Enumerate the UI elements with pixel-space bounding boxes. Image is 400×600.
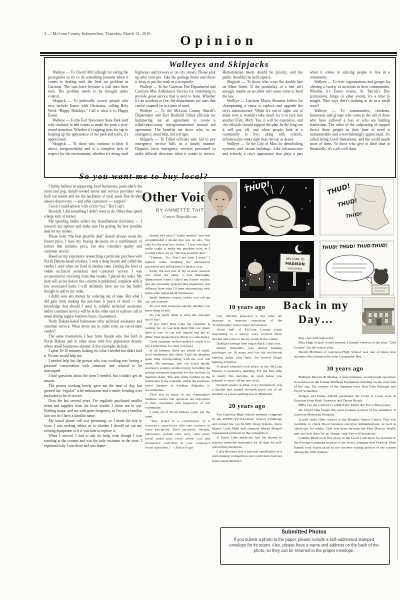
back-in-my-day-title: Back in my Day… <box>268 300 364 327</box>
sign-line-3: WISCONSIN <box>287 266 302 271</box>
school-photo <box>362 297 395 334</box>
ten-years-ago-header: 10 years ago <box>212 303 282 311</box>
closing-quote: “Your brand is a combination of a custom… <box>145 419 210 450</box>
capitol-dome <box>248 262 262 274</box>
map-shape <box>353 184 389 230</box>
newspaper-page: 4 — McLean County Independent, Thursday,… <box>0 0 400 600</box>
walleyes-headline: Walleyes and Skipjacks <box>44 59 394 69</box>
submitted-photos-body: If you submit a photo to the paper, plea… <box>220 537 388 553</box>
small-sign <box>372 285 389 294</box>
editorial-cartoon: THUD! THUD! THUD! THUD! <box>240 179 394 298</box>
submitted-photos-content: Submitted Photos If you submit a photo t… <box>220 529 388 562</box>
sign-line-1: WELCOME TO <box>286 257 305 262</box>
cartoon-panel-1: THUD! <box>240 179 314 236</box>
submitted-photos-title: Submitted Photos <box>220 529 388 535</box>
columnist-photo <box>204 182 237 228</box>
cartoon-panel-2: THUD! THUD! THUD! <box>320 179 394 235</box>
thirty-years-ago-items: Balinger Motors & Marine, a new business… <box>294 375 396 455</box>
header-rule <box>40 52 397 57</box>
cartoon-panel-4: THUD! THUD! THUD-THUD! <box>320 241 394 298</box>
cartoon-panel-3: WELCOME TO MADISON WISCONSIN <box>240 241 314 298</box>
walleyes-text: Walleye — To Cheryl McCullough for takin… <box>48 70 390 173</box>
thirty-years-ago-header: 30 years ago <box>294 364 396 372</box>
walleyes-columns: Walleye — To Cheryl McCullough for takin… <box>48 70 390 173</box>
twenty-years-ago-items: The Garrison High School students compet… <box>212 413 282 464</box>
article-headline: So you want me to buy local? <box>44 172 244 181</box>
article-column-1: I firmly believe in supporting local bus… <box>44 184 142 558</box>
twenty-years-ago-continued: Day card sold nationally.Max High School… <box>294 336 396 359</box>
article-column-2-text: diately told what I “really needed,” and… <box>145 234 210 419</box>
section-title: Opinion <box>40 34 397 50</box>
sign-line-2: MADISON <box>285 262 304 267</box>
face <box>211 191 229 212</box>
page-edge-line <box>397 120 398 560</box>
article-column-2: diately told what I “really needed,” and… <box>145 234 210 558</box>
years-ago-column-1: 10 years ago City officials proposed a c… <box>212 303 282 525</box>
years-ago-column-2: Day card sold nationally.Max High School… <box>294 336 396 532</box>
ten-years-ago-items: City officials proposed a city sales tax… <box>212 314 282 397</box>
twenty-years-ago-header: 20 years ago <box>212 402 282 410</box>
